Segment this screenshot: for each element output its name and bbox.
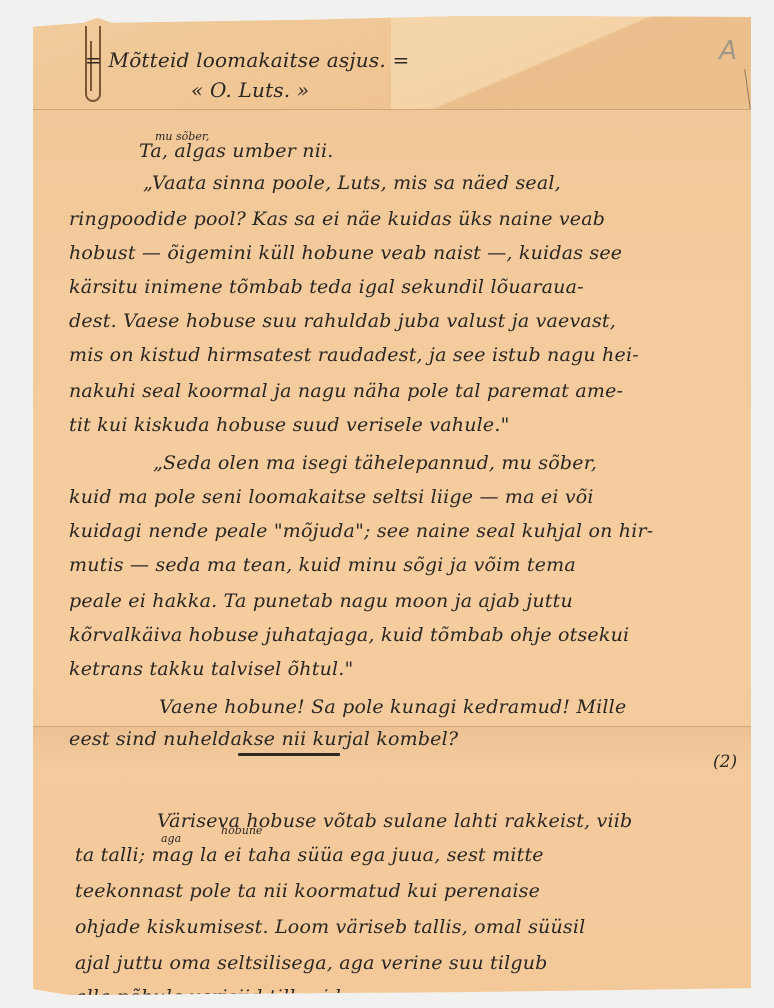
text-line: mis on kistud hirmsatest raudadest, ja s…	[69, 344, 639, 366]
text-line: ohjade kiskumisest. Loom väriseb tallis,…	[75, 916, 585, 938]
text-line: kuidagi nende peale "mõjuda"; see naine …	[69, 520, 653, 542]
text-line: peale ei hakka. Ta punetab nagu moon ja …	[69, 590, 573, 612]
document-author: « O. Luts. »	[191, 78, 309, 102]
manuscript-page: A = Mõtteid loomakaitse asjus. = « O. Lu…	[33, 14, 751, 996]
text-line: alla põhule verisiid tilkasid.	[75, 986, 347, 1008]
text-line: kuid ma pole seni loomakaitse seltsi lii…	[69, 486, 594, 508]
text-line: „Vaata sinna poole, Luts, mis sa näed se…	[143, 172, 561, 194]
document-title: = Mõtteid loomakaitse asjus. =	[85, 48, 409, 72]
text-line: hobust — õigemini küll hobune veab naist…	[69, 242, 622, 264]
fold-line-top	[33, 109, 751, 110]
text-line: ringpoodide pool? Kas sa ei näe kuidas ü…	[69, 208, 605, 230]
page-number: (2)	[713, 752, 737, 772]
intro-line: Ta, algas umber nii.	[139, 140, 334, 162]
text-line: ketrans takku talvisel õhtul."	[69, 658, 353, 680]
text-line: kärsitu inimene tõmbab teda igal sekundi…	[69, 276, 584, 298]
corner-crease	[391, 14, 751, 109]
text-line: Vaene hobune! Sa pole kunagi kedramud! M…	[159, 696, 626, 718]
insertion-above: hobune	[221, 824, 262, 837]
text-line: ajal juttu oma seltsilisega, aga verine …	[75, 952, 548, 974]
text-line: kõrvalkäiva hobuse juhatajaga, kuid tõmb…	[69, 624, 629, 646]
text-line: mutis — seda ma tean, kuid minu sõgi ja …	[69, 554, 576, 576]
pencil-corner-mark: A	[719, 36, 737, 66]
text-line: teekonnast pole ta nii koormatud kui per…	[75, 880, 540, 902]
text-line: eest sind nuheldakse nii kurjal kombel?	[69, 728, 458, 750]
text-line: ta talli; mag la ei taha süüa ega juua, …	[75, 844, 544, 866]
text-line: nakuhi seal koormal ja nagu näha pole ta…	[69, 380, 623, 402]
text-line: dest. Vaese hobuse suu rahuldab juba val…	[69, 310, 616, 332]
text-line: tit kui kiskuda hobuse suud verisele vah…	[69, 414, 510, 436]
section-divider-rule	[238, 753, 340, 756]
text-line: „Seda olen ma isegi tähelepannud, mu sõb…	[153, 452, 597, 474]
